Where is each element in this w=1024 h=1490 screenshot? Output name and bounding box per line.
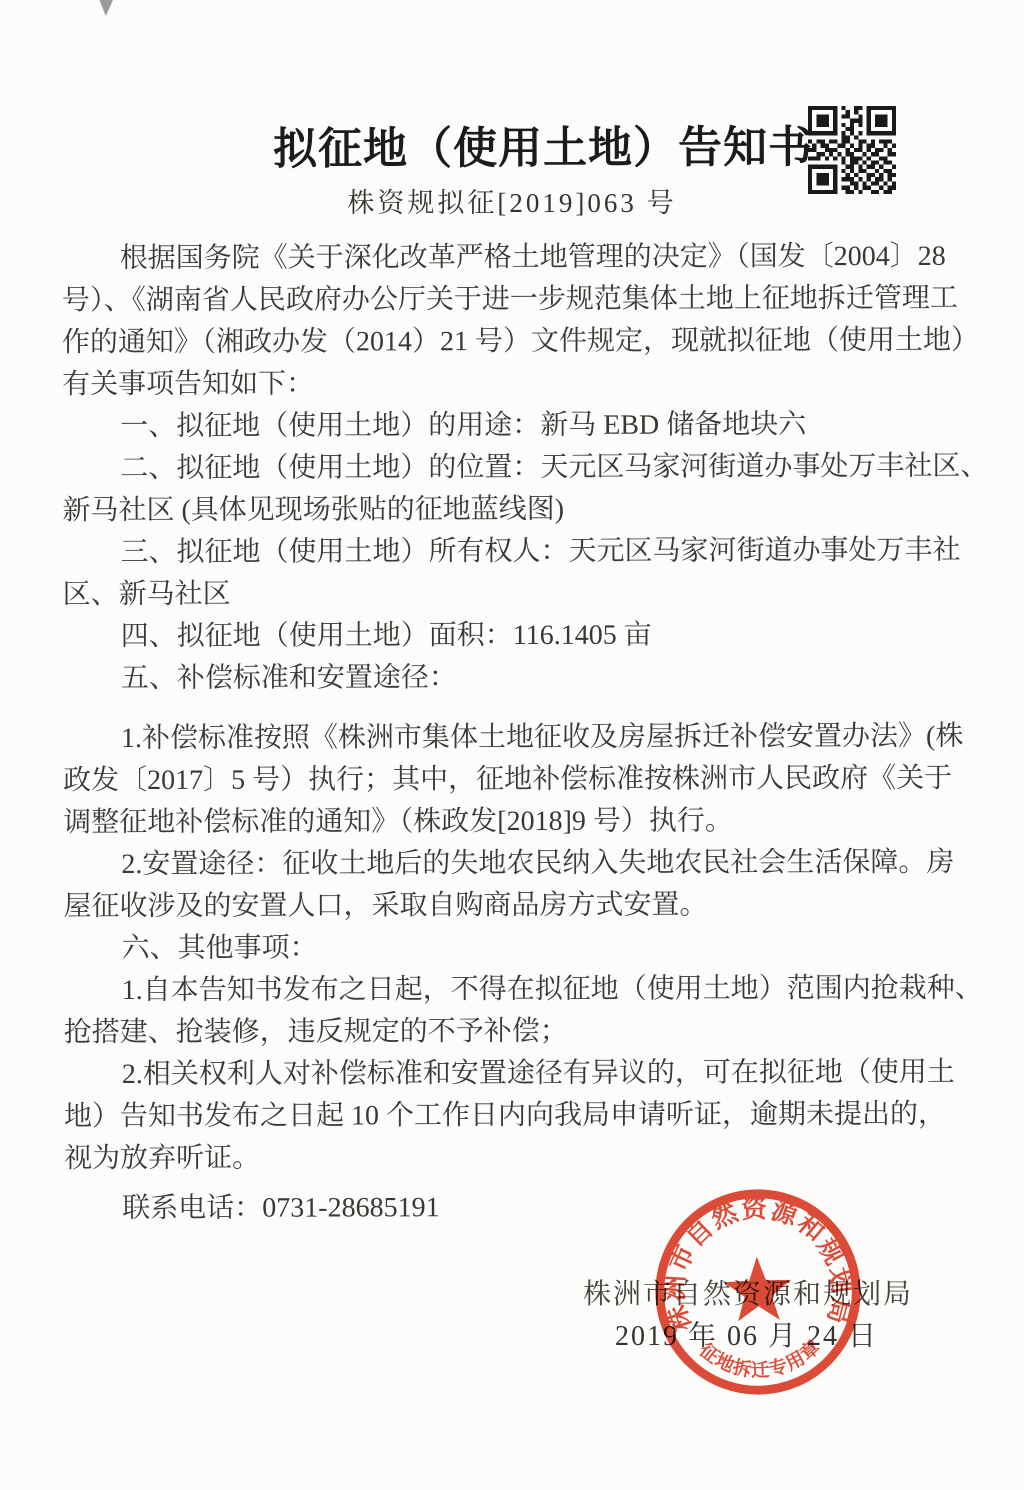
document-line: 五、补偿标准和安置途径： [63, 656, 980, 700]
document-line: 三、拟征地（使用土地）所有权人：天元区马家河街道办事处万丰社 [62, 530, 979, 574]
document-line: 四、拟征地（使用土地）面积：116.1405 亩 [63, 614, 980, 658]
document-line: 六、其他事项： [64, 926, 981, 970]
document-line: 根据国务院《关于深化改革严格土地管理的决定》（国发〔2004〕28 [62, 236, 979, 280]
document-line: 1.自本告知书发布之日起，不得在拟征地（使用土地）范围内抢栽种、 [64, 968, 981, 1012]
document-line: 作的通知》（湘政办发（2014）21 号）文件规定，现就拟征地（使用土地） [62, 320, 979, 364]
document-line: 2.相关权利人对补偿标准和安置途径有异议的，可在拟征地（使用土 [64, 1052, 981, 1096]
document-line: 视为放弃听证。 [64, 1136, 981, 1180]
document-line: 政发〔2017〕5 号）执行；其中，征地补偿标准按株洲市人民政府《关于 [63, 758, 980, 802]
qr-code [808, 105, 896, 195]
document-line: 一、拟征地（使用土地）的用途：新马 EBD 储备地块六 [62, 404, 979, 448]
scan-artifact [97, 0, 113, 16]
document-line: 新马社区 (具体见现场张贴的征地蓝线图) [62, 488, 979, 532]
document-line: 区、新马社区 [63, 572, 980, 616]
document-page: 拟征地（使用土地）告知书 株资规拟征[2019]063 号 根据国务院《关于深化… [0, 0, 1024, 1490]
document-body: 根据国务院《关于深化改革严格土地管理的决定》（国发〔2004〕28 号）、《湖南… [62, 236, 982, 1230]
document-line: 1.补偿标准按照《株洲市集体土地征收及房屋拆迁补偿安置办法》(株 [63, 716, 980, 760]
qr-code-grid [808, 105, 896, 195]
document-line: 二、拟征地（使用土地）的位置：天元区马家河街道办事处万丰社区、 [62, 446, 979, 490]
document-line: 有关事项告知如下： [62, 362, 979, 406]
document-line: 号）、《湖南省人民政府办公厅关于进一步规范集体土地上征地拆迁管理工 [62, 278, 979, 322]
seal-star-icon [723, 1256, 792, 1322]
official-seal: 株洲市自然资源和规划局 征地拆迁专用章 [646, 1180, 869, 1403]
document-line: 抢搭建、抢装修，违反规定的不予补偿； [64, 1010, 981, 1054]
document-line: 2.安置途径：征收土地后的失地农民纳入失地农民社会生活保障。房 [63, 842, 980, 886]
document-line: 屋征收涉及的安置人口，采取自购商品房方式安置。 [63, 884, 980, 928]
document-line: 调整征地补偿标准的通知》（株政发[2018]9 号）执行。 [63, 800, 980, 844]
document-line: 地）告知书发布之日起 10 个工作日内向我局申请听证，逾期未提出的， [64, 1094, 981, 1138]
